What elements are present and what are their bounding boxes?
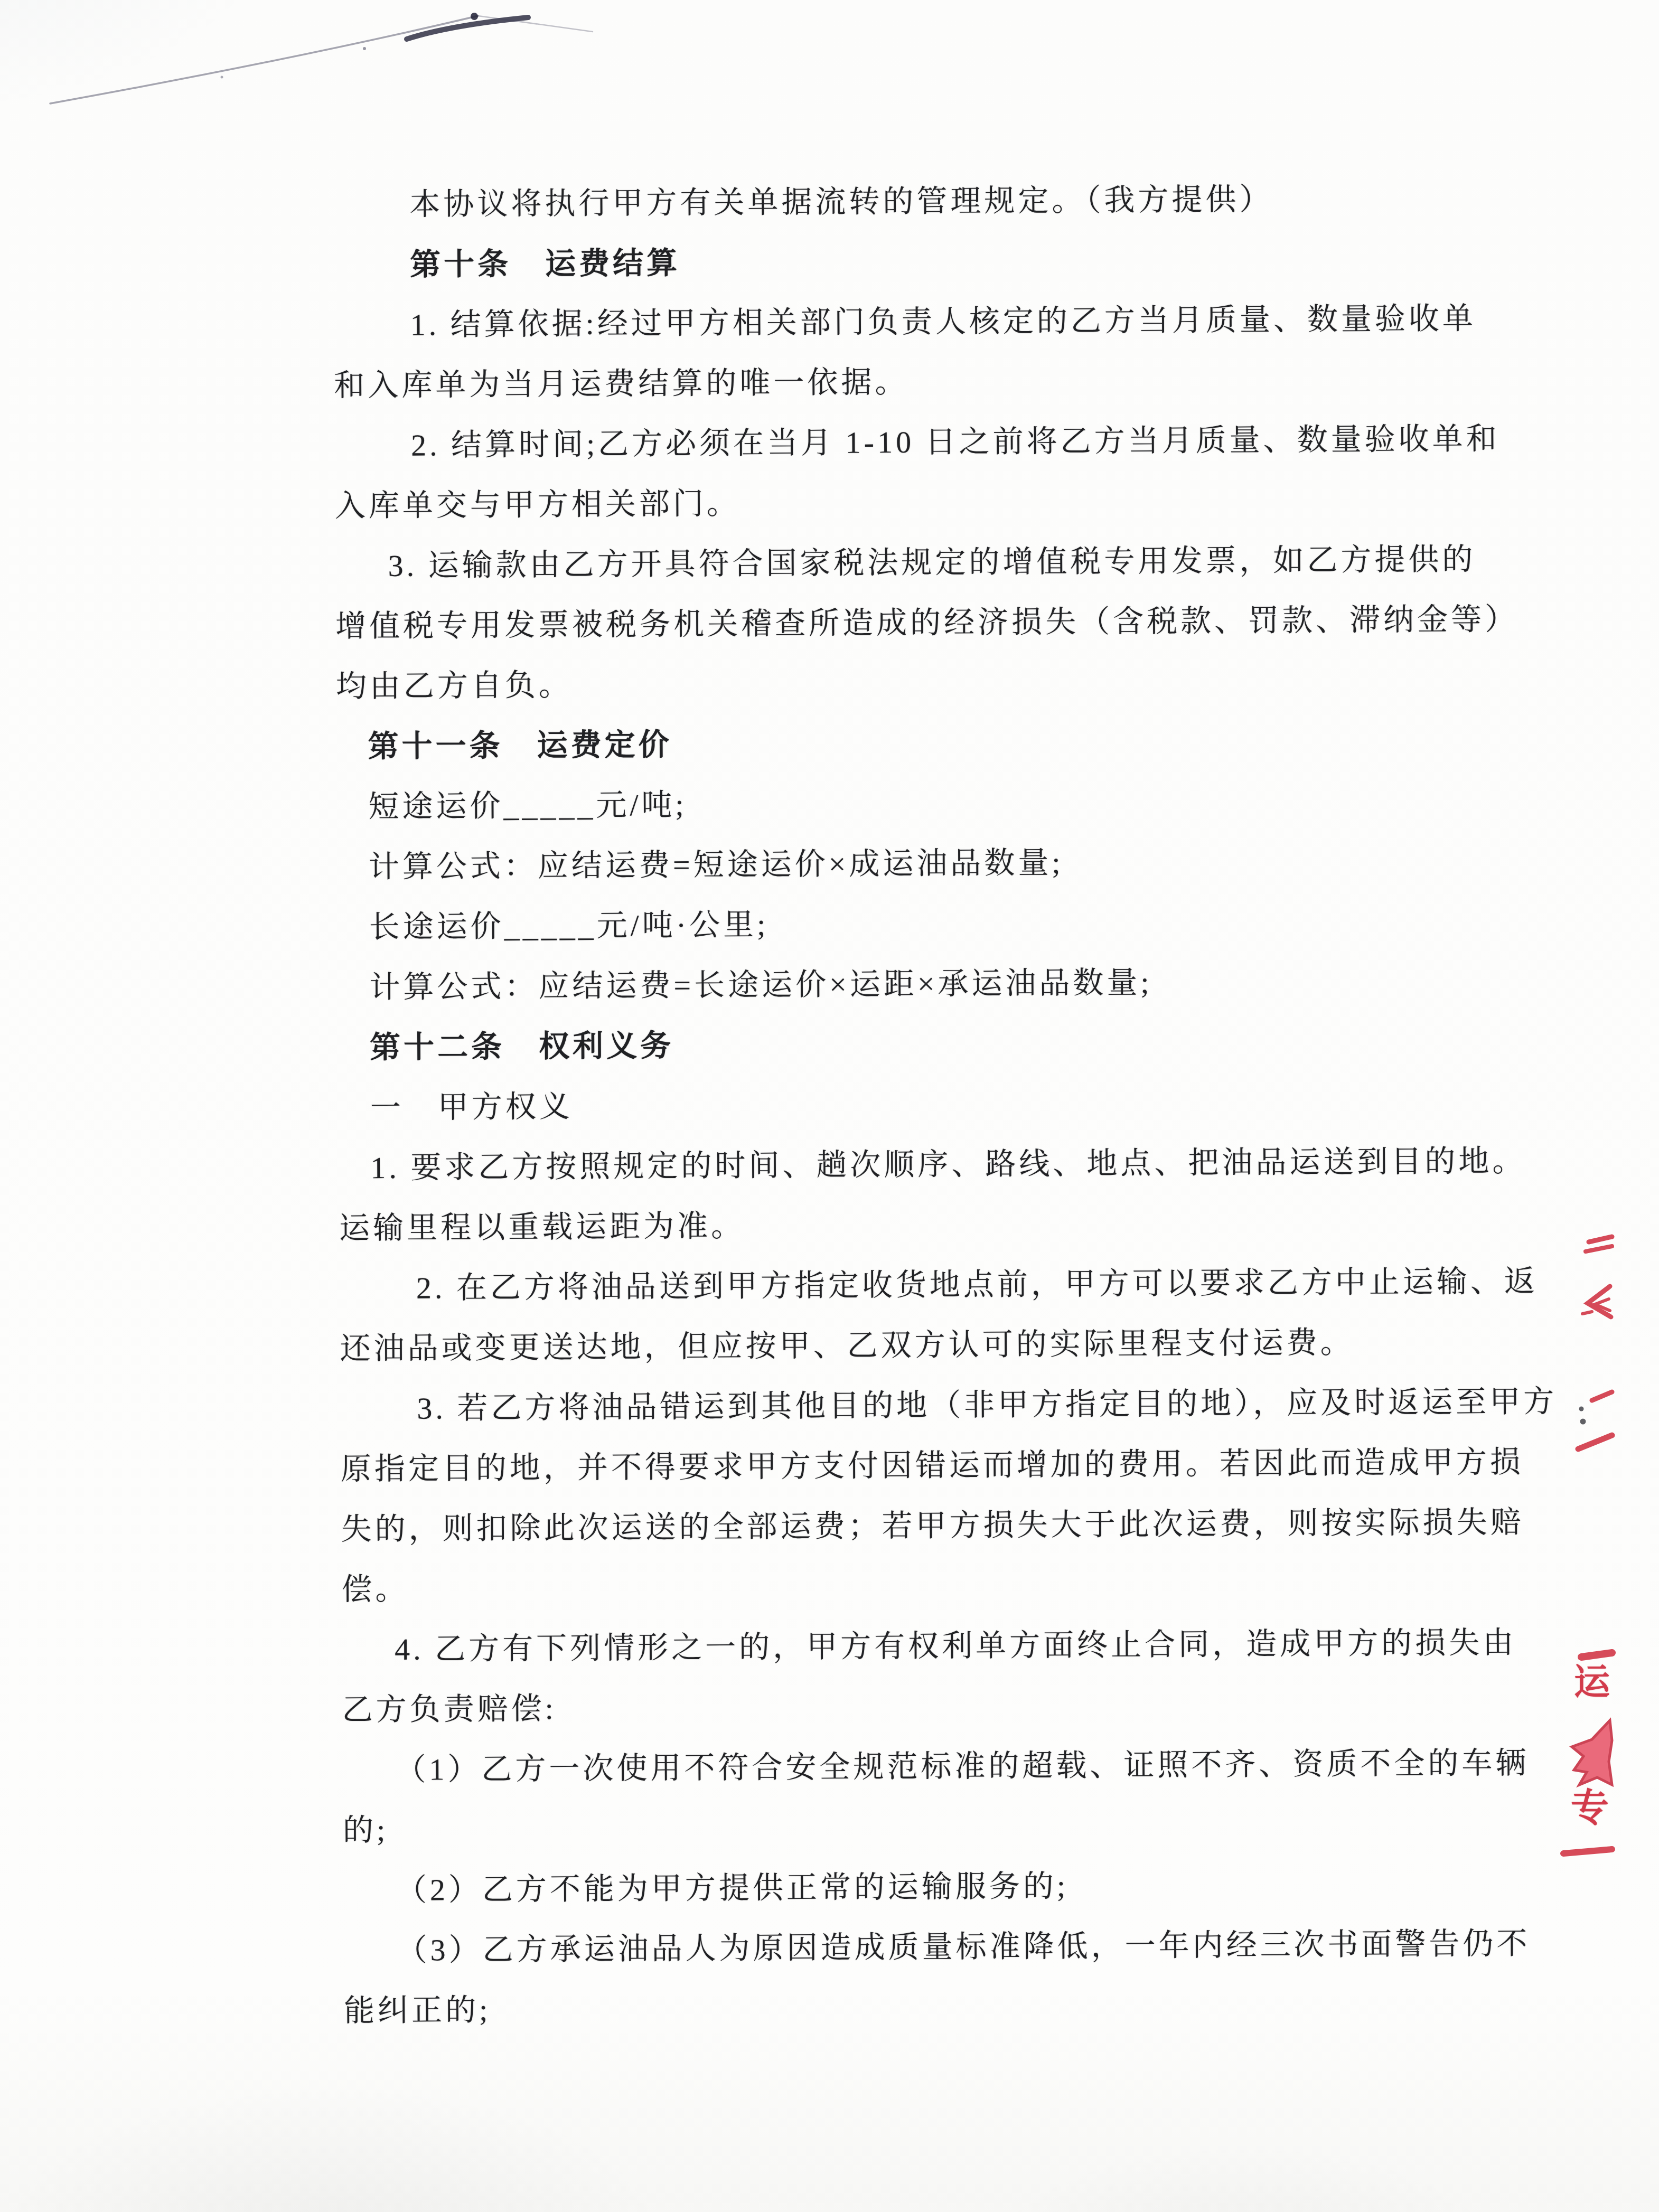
contract-text-line: 能纠正的; [344, 1973, 1659, 2041]
contract-line-text: 计算公式：应结运费=长途运价×运距×承运油品数量; [369, 965, 1152, 1004]
contract-text-line: 乙方负责赔偿: [342, 1672, 1659, 1740]
contract-line-text: 原指定目的地，并不得要求甲方支付因错运而增加的费用。若因此而造成甲方损 [341, 1445, 1524, 1486]
contract-line-text: 1. 结算依据:经过甲方相关部门负责人核定的乙方当月质量、数量验收单 [410, 301, 1476, 342]
contract-line-text: 一 甲方权义 [370, 1089, 573, 1125]
contract-text-line: 入库单交与甲方相关部门。 [334, 468, 1659, 536]
contract-text-line: 原指定目的地，并不得要求甲方支付因错运而增加的费用。若因此而造成甲方损 [341, 1431, 1659, 1499]
contract-text-line: 一 甲方权义 [370, 1070, 1659, 1138]
contract-line-text: 和入库单为当月运费结算的唯一依据。 [334, 365, 908, 403]
contract-line-text: 乙方负责赔偿: [342, 1691, 557, 1727]
contract-text-line: 失的，则扣除此次运送的全部运费；若甲方损失大于此次运费，则按实际损失赔 [341, 1491, 1659, 1559]
contract-text-line: 第十条 运费结算 [410, 227, 1659, 295]
contract-line-text: （3）乙方承运油品人为原因造成质量标准降低，一年内经三次书面警告仍不 [396, 1926, 1530, 1968]
contract-line-text: 本协议将执行甲方有关单据流转的管理规定。（我方提供） [409, 182, 1273, 222]
contract-line-text: 还油品或变更送达地，但应按甲、乙双方认可的实际里程支付运费。 [340, 1325, 1354, 1366]
pen-smear-artifact [50, 13, 593, 103]
contract-line-text: 入库单交与甲方相关部门。 [335, 486, 741, 523]
contract-text-line: （1）乙方一次使用不符合安全规范标准的超载、证照不齐、资质不全的车辆 [395, 1732, 1659, 1800]
contract-text-line: 1. 要求乙方按照规定的时间、趟次顺序、路线、地点、把油品运送到目的地。 [370, 1130, 1659, 1198]
contract-line-text: 增值税专用发票被税务机关稽查所造成的经济损失（含税款、罚款、滞纳金等） [335, 602, 1519, 644]
contract-text-line: 第十二条 权利义务 [370, 1010, 1659, 1078]
contract-text-line: 本协议将执行甲方有关单据流转的管理规定。（我方提供） [409, 167, 1659, 234]
contract-line-text: 能纠正的; [344, 1993, 491, 2028]
contract-line-text: 3. 若乙方将油品错运到其他目的地（非甲方指定目的地），应及时返运至甲方 [417, 1384, 1557, 1425]
contract-text-line: 3. 若乙方将油品错运到其他目的地（非甲方指定目的地），应及时返运至甲方 [417, 1371, 1659, 1438]
contract-text-line: （2）乙方不能为甲方提供正常的运输服务的; [396, 1852, 1659, 1921]
contract-text-line: 4. 乙方有下列情形之一的，甲方有权利单方面终止合同，造成甲方的损失由 [395, 1612, 1659, 1680]
contract-line-text: 第十一条 运费定价 [368, 728, 672, 764]
contract-text-line: 均由乙方自负。 [336, 648, 1659, 717]
scanned-contract-page: 本协议将执行甲方有关单据流转的管理规定。（我方提供） 第十条 运费结算 1. 结… [0, 0, 1659, 2212]
contract-text-line: 和入库单为当月运费结算的唯一依据。 [334, 347, 1659, 416]
contract-line-text: 3. 运输款由乙方开具符合国家税法规定的增值税专用发票，如乙方提供的 [388, 542, 1476, 583]
contract-text-line: 2. 结算时间;乙方必须在当月 1-10 日之前将乙方当月质量、数量验收单和 [411, 408, 1659, 475]
contract-text-line: 3. 运输款由乙方开具符合国家税法规定的增值税专用发票，如乙方提供的 [388, 528, 1659, 596]
contract-line-text: 长途运价_____元/吨·公里; [369, 908, 768, 945]
contract-line-text: 失的，则扣除此次运送的全部运费；若甲方损失大于此次运费，则按实际损失赔 [341, 1505, 1524, 1547]
contract-text-line: 2. 在乙方将油品送到甲方指定收货地点前，甲方可以要求乙方中止运输、返 [416, 1250, 1659, 1318]
contract-line-text: 计算公式：应结运费=短途运价×成运油品数量; [369, 845, 1064, 884]
contract-line-text: 2. 结算时间;乙方必须在当月 1-10 日之前将乙方当月质量、数量验收单和 [411, 421, 1500, 463]
contract-text-line: 计算公式：应结运费=短途运价×成运油品数量; [369, 829, 1659, 897]
contract-text-line: 短途运价_____元/吨; [368, 769, 1659, 837]
contract-text-line: 的; [343, 1792, 1659, 1860]
contract-text-line: 1. 结算依据:经过甲方相关部门负责人核定的乙方当月质量、数量验收单 [410, 287, 1659, 355]
contract-text-line: 运输里程以重载运距为准。 [339, 1190, 1659, 1258]
contract-text-block: 本协议将执行甲方有关单据流转的管理规定。（我方提供） 第十条 运费结算 1. 结… [0, 167, 1659, 2043]
contract-line-text: 偿。 [341, 1572, 409, 1607]
contract-line-text: 1. 要求乙方按照规定的时间、趟次顺序、路线、地点、把油品运送到目的地。 [370, 1144, 1526, 1185]
contract-line-text: 2. 在乙方将油品送到甲方指定收货地点前，甲方可以要求乙方中止运输、返 [416, 1264, 1538, 1305]
contract-text-line: 还油品或变更送达地，但应按甲、乙双方认可的实际里程支付运费。 [340, 1311, 1659, 1379]
stamp-char-zhuan: 专 [1571, 1789, 1609, 1827]
contract-line-text: 运输里程以重载运距为准。 [339, 1209, 745, 1246]
contract-line-text: （2）乙方不能为甲方提供正常的运输服务的; [396, 1869, 1068, 1907]
contract-line-text: 的; [343, 1813, 389, 1848]
contract-line-text: 4. 乙方有下列情形之一的，甲方有权利单方面终止合同，造成甲方的损失由 [395, 1625, 1516, 1667]
contract-line-text: 第十条 运费结算 [410, 246, 680, 282]
contract-text-line: 长途运价_____元/吨·公里; [369, 889, 1659, 957]
contract-line-text: 短途运价_____元/吨; [368, 788, 687, 824]
contract-text-line: （3）乙方承运油品人为原因造成质量标准降低，一年内经三次书面警告仍不 [396, 1913, 1659, 1981]
contract-line-text: 第十二条 权利义务 [370, 1029, 674, 1065]
contract-line-text: 均由乙方自负。 [336, 668, 573, 704]
contract-line-text: （1）乙方一次使用不符合安全规范标准的超载、证照不齐、资质不全的车辆 [395, 1746, 1529, 1787]
contract-text-line: 第十一条 运费定价 [368, 709, 1659, 777]
contract-text-line: 增值税专用发票被税务机关稽查所造成的经济损失（含税款、罚款、滞纳金等） [335, 588, 1659, 656]
contract-text-line: 计算公式：应结运费=长途运价×运距×承运油品数量; [369, 949, 1659, 1018]
contract-text-line: 偿。 [341, 1551, 1659, 1620]
stamp-char-yun: 运 [1574, 1664, 1610, 1700]
